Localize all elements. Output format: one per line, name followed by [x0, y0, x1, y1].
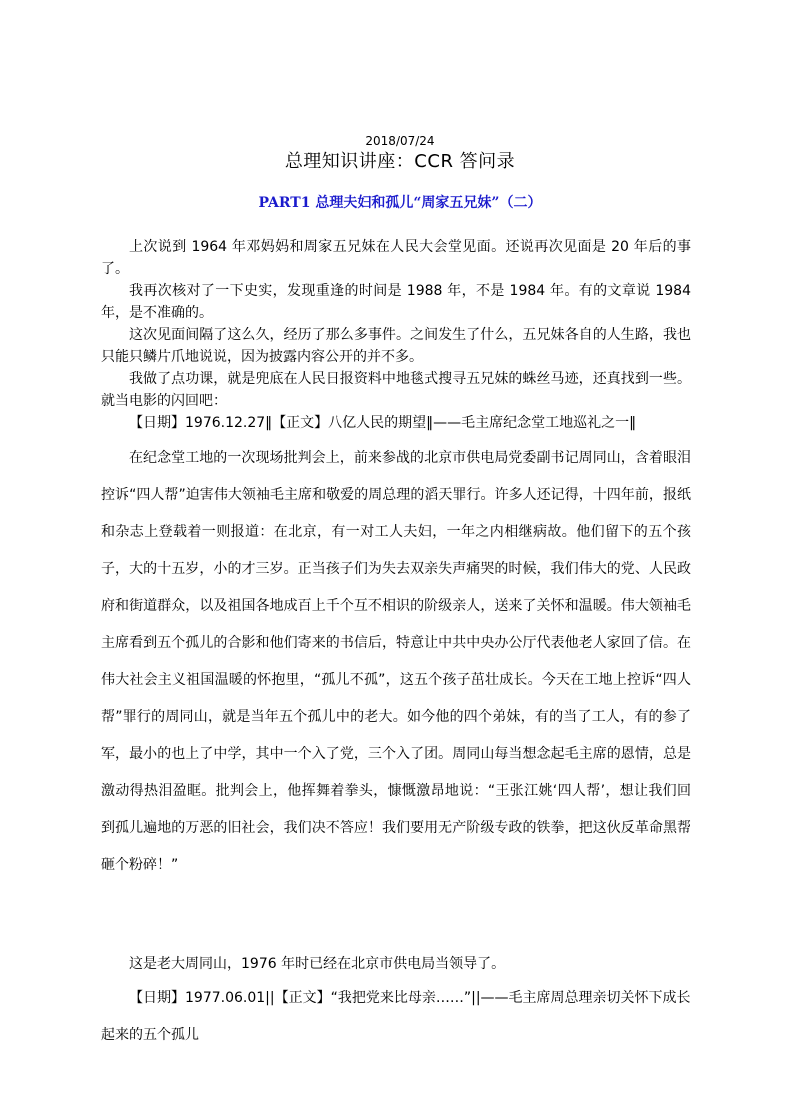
- closing-section: 这是老大周同山，1976 年时已经在北京市供电局当领导了。 【日期】1977.0…: [101, 950, 691, 1054]
- paragraph: 我再次核对了一下史实，发现重逢的时间是 1988 年，不是 1984 年。有的文…: [101, 280, 691, 324]
- paragraph: 我做了点功课，就是兜底在人民日报资料中地毯式搜寻五兄妹的蛛丝马迹，还真找到一些。…: [101, 368, 691, 412]
- quoted-article-section: 在纪念堂工地的一次现场批判会上，前来参战的北京市供电局党委副书记周同山，含着眼泪…: [101, 440, 691, 884]
- intro-section: 上次说到 1964 年邓妈妈和周家五兄妹在人民大会堂见面。还说再次见面是 20 …: [101, 236, 691, 434]
- newspaper-entry-header: 【日期】1976.12.27‖【正文】八亿人民的期望‖——毛主席纪念堂工地巡礼之…: [101, 412, 691, 434]
- comment-paragraph: 这是老大周同山，1976 年时已经在北京市供电局当领导了。: [101, 950, 691, 978]
- document-title: 总理知识讲座：CCR 答问录: [0, 150, 800, 174]
- paragraph: 这次见面间隔了这么久，经历了那么多事件。之间发生了什么，五兄妹各自的人生路，我也…: [101, 324, 691, 368]
- quoted-article: 在纪念堂工地的一次现场批判会上，前来参战的北京市供电局党委副书记周同山，含着眼泪…: [101, 440, 691, 884]
- document-page: 总理知识讲座：CCR 答问录 2018/07/24 PART1 总理夫妇和孤儿“…: [0, 0, 800, 1100]
- newspaper-entry-header-2: 【日期】1977.06.01||【正文】“我把党来比母亲……”||——毛主席周总…: [101, 978, 691, 1054]
- paragraph: 上次说到 1964 年邓妈妈和周家五兄妹在人民大会堂见面。还说再次见面是 20 …: [101, 236, 691, 280]
- part-heading: PART1 总理夫妇和孤儿“周家五兄妹”（二）: [0, 192, 800, 214]
- document-date: 2018/07/24: [0, 133, 800, 149]
